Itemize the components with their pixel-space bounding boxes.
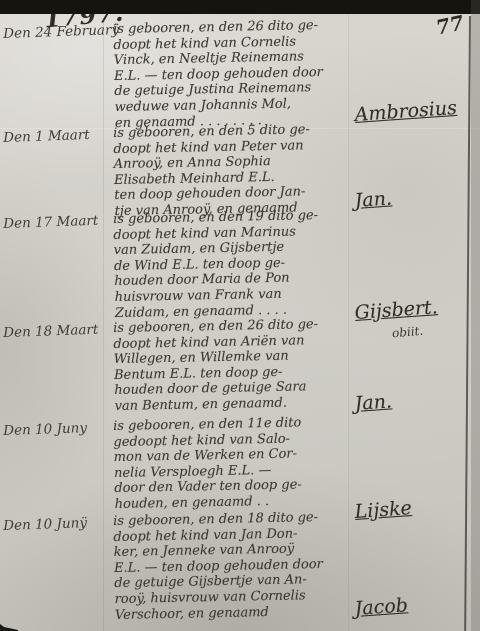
baptism-name: Jacob bbox=[354, 594, 409, 620]
entry-body: is gebooren, en den 26 dito ge- doopt he… bbox=[113, 316, 367, 414]
entry-body: is gebooren, en den 5 dito ge- doopt het… bbox=[113, 121, 367, 219]
entry-body: is gebooren, en den 18 dito ge- doopt he… bbox=[113, 509, 367, 623]
scan-edge-top bbox=[0, 0, 480, 14]
entry-date: Den 1 Maart bbox=[3, 127, 90, 146]
entry-date: Den 18 Maart bbox=[3, 322, 99, 341]
obiit-note: obiit. bbox=[391, 324, 423, 341]
entry-date: Den 10 Juny bbox=[3, 420, 87, 439]
entry-body: is gebooren, en den 19 dito ge- doopt he… bbox=[113, 207, 367, 321]
baptism-name: Ambrosius bbox=[354, 97, 458, 126]
scan-edge-right-line bbox=[464, 16, 471, 631]
entry-date: Den 10 Junÿ bbox=[3, 515, 87, 534]
entry-body: is gebooren, en den 26 dito ge- doopt he… bbox=[113, 17, 367, 131]
vertical-crease-left bbox=[103, 18, 104, 631]
baptism-name: Jan. bbox=[354, 390, 393, 415]
entry-date: Den 17 Maart bbox=[3, 213, 99, 232]
entry-date: Den 24 Februarÿ bbox=[3, 22, 119, 42]
baptism-name: Gijsbert. bbox=[354, 296, 438, 324]
scan-edge-bottom-left bbox=[0, 624, 18, 631]
entry-body: is gebooren, en den 11e dito gedoopt het… bbox=[113, 414, 367, 512]
page-number: 77 bbox=[434, 10, 466, 39]
scan-edge-right-strip bbox=[471, 0, 480, 631]
manuscript-page: 1797. 77 Den 24 Februarÿ is gebooren, en… bbox=[0, 0, 480, 631]
